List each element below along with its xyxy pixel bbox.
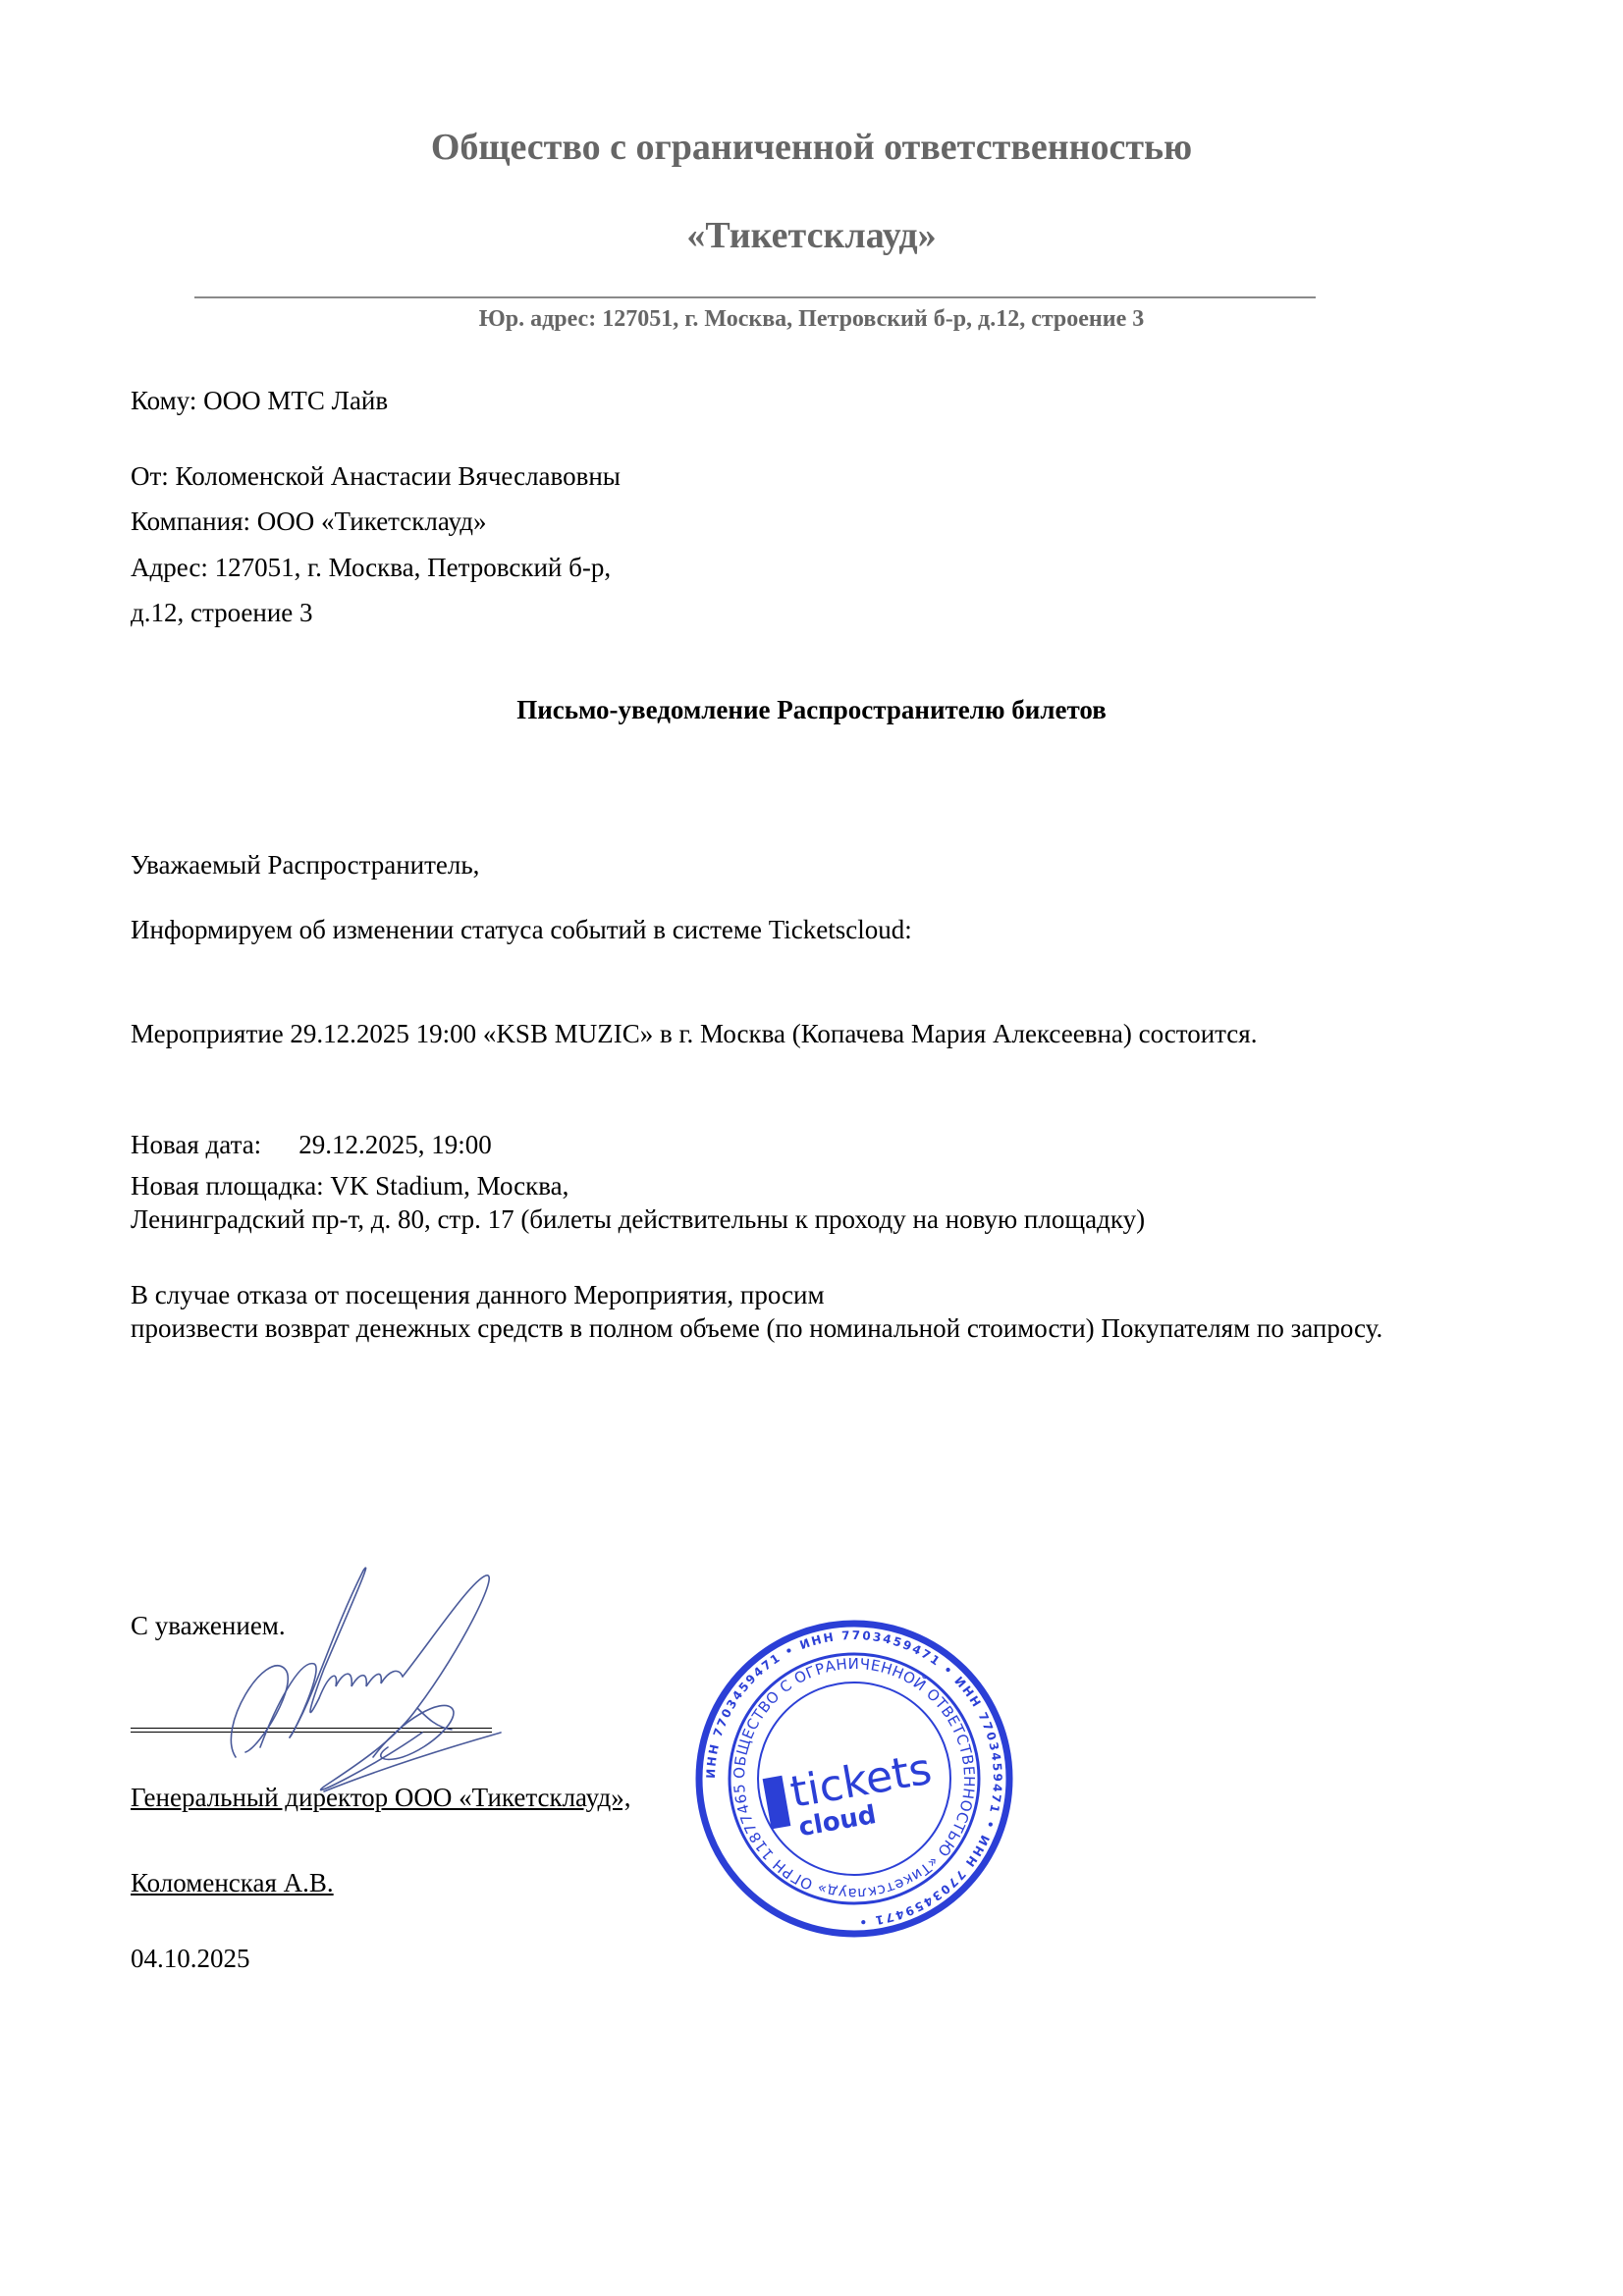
greeting: Уважаемый Распространитель, — [131, 849, 479, 881]
company-stamp: ИНН 7703459471 • ИНН 7703459471 • ИНН 77… — [693, 1618, 1015, 1940]
letterhead-legal-address: Юр. адрес: 127051, г. Москва, Петровский… — [0, 306, 1623, 333]
letterhead-org-type: Общество с ограниченной ответственностью — [0, 126, 1623, 169]
new-date-label: Новая дата: — [131, 1130, 261, 1159]
new-venue-line1: Новая площадка: VK Stadium, Москва, — [131, 1170, 568, 1201]
sender-address-line1: Адрес: 127051, г. Москва, Петровский б-р… — [131, 552, 611, 583]
sender-address-line2: д.12, строение 3 — [131, 597, 313, 628]
refund-line1: В случае отказа от посещения данного Мер… — [131, 1279, 825, 1310]
refund-line2: произвести возврат денежных средств в по… — [131, 1312, 1382, 1344]
sender-from: От: Коломенской Анастасии Вячеславовны — [131, 460, 621, 492]
event-status-text: Мероприятие 29.12.2025 19:00 «KSB MUZIC»… — [131, 1018, 1257, 1049]
handwritten-signature — [206, 1561, 520, 1816]
recipient-line: Кому: ООО МТС Лайв — [131, 385, 388, 416]
new-venue-line2: Ленинградский пр-т, д. 80, стр. 17 (биле… — [131, 1203, 1145, 1235]
new-date-row: Новая дата:29.12.2025, 19:00 — [131, 1129, 492, 1160]
sender-company: Компания: ООО «Тикетсклауд» — [131, 506, 487, 537]
intro-text: Информируем об изменении статуса событий… — [131, 914, 912, 945]
signer-name: Коломенская А.В. — [131, 1867, 334, 1898]
letter-date: 04.10.2025 — [131, 1943, 250, 1974]
stamp-logo-mark-icon — [763, 1776, 791, 1830]
letterhead-divider — [194, 296, 1316, 298]
letterhead-org-name: «Тикетсклауд» — [0, 214, 1623, 257]
new-date-value: 29.12.2025, 19:00 — [298, 1130, 492, 1159]
letter-subject: Письмо-уведомление Распространителю биле… — [0, 695, 1623, 725]
